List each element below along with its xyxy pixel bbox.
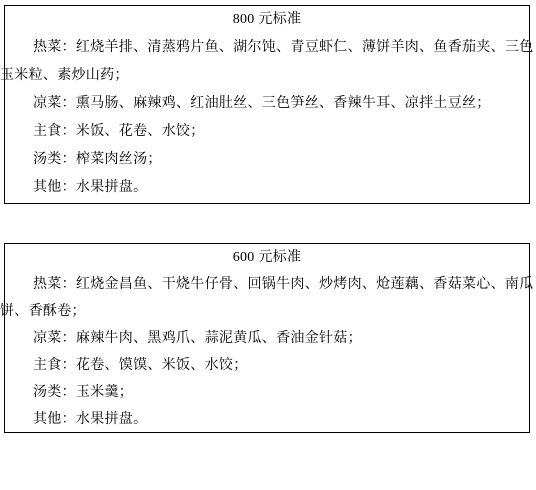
menu-card-800: 800 元标准 热菜：红烧羊排、清蒸鸦片鱼、湖尔饨、青豆虾仁、薄饼羊肉、鱼香茄夹… xyxy=(4,5,530,204)
menu-600-hot-dishes-line: 热菜：红烧金昌鱼、干烧牛仔骨、回锅牛肉、炒烤肉、炝莲藕、香菇菜心、南瓜 xyxy=(5,271,529,298)
menu-title-800: 800 元标准 xyxy=(5,6,529,34)
menu-800-soup-line: 汤类：榨菜肉丝汤； xyxy=(5,146,529,174)
menu-title-600: 600 元标准 xyxy=(5,244,529,271)
menu-800-staple-food-line: 主食：米饭、花卷、水饺； xyxy=(5,118,529,146)
menu-600-hot-dishes-wrap-line: 饼、香酥卷； xyxy=(0,298,529,325)
menu-600-other-line: 其他：水果拼盘。 xyxy=(5,406,529,433)
menu-800-other-line: 其他：水果拼盘。 xyxy=(5,174,529,202)
menu-600-soup-line: 汤类：玉米羹； xyxy=(5,379,529,406)
menu-600-staple-food-line: 主食：花卷、馍馍、米饭、水饺； xyxy=(5,352,529,379)
menu-800-cold-dishes-line: 凉菜：熏马肠、麻辣鸡、红油肚丝、三色笋丝、香辣牛耳、凉拌土豆丝； xyxy=(5,90,529,118)
menu-800-hot-dishes-wrap-line: 玉米粒、素炒山药； xyxy=(0,62,529,90)
menu-600-cold-dishes-line: 凉菜：麻辣牛肉、黑鸡爪、蒜泥黄瓜、香油金针菇； xyxy=(5,325,529,352)
menu-800-hot-dishes-line: 热菜：红烧羊排、清蒸鸦片鱼、湖尔饨、青豆虾仁、薄饼羊肉、鱼香茄夹、三色 xyxy=(5,34,529,62)
menu-card-600: 600 元标准 热菜：红烧金昌鱼、干烧牛仔骨、回锅牛肉、炒烤肉、炝莲藕、香菇菜心… xyxy=(4,243,530,433)
